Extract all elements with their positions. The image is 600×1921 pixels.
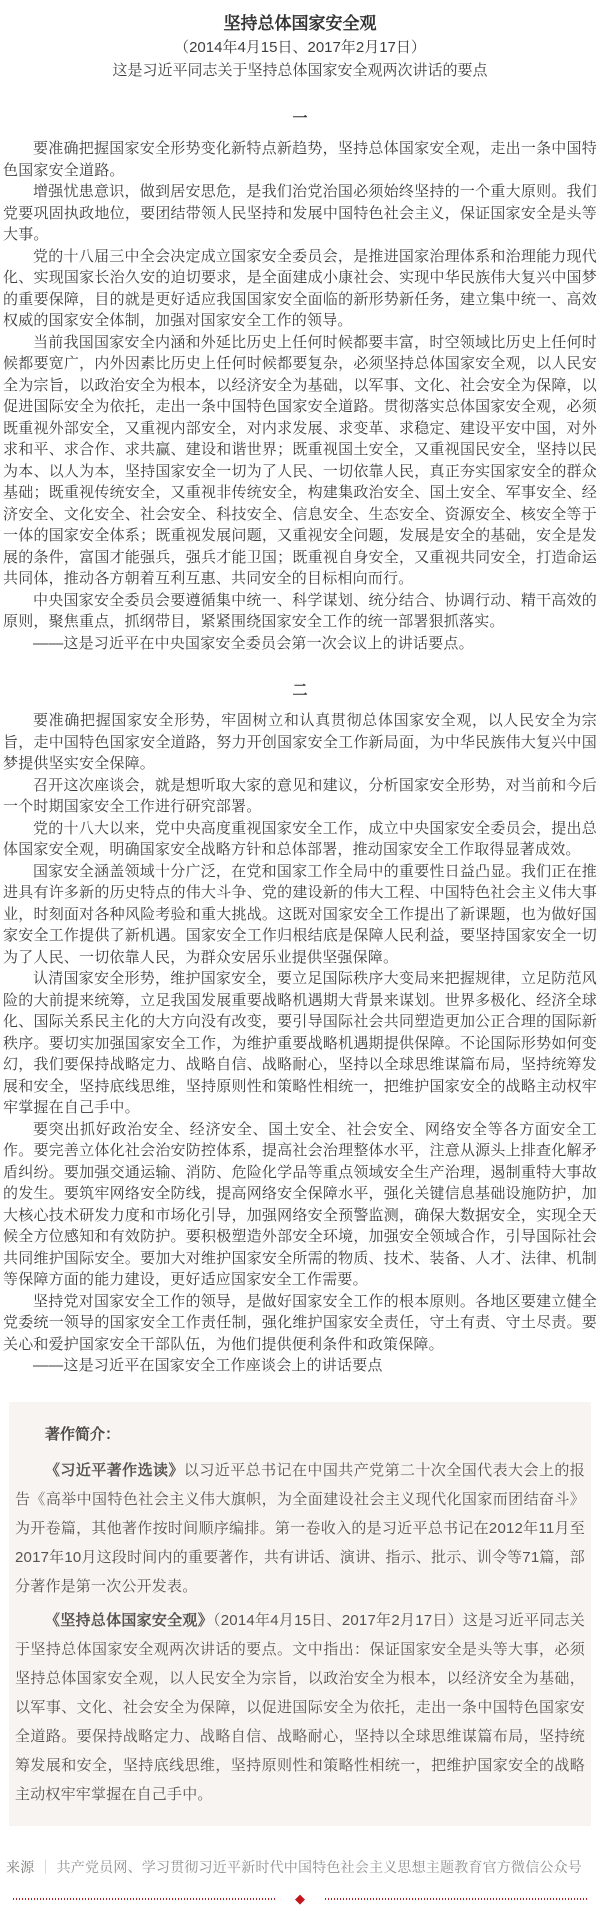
article-subtitle: 这是习近平同志关于坚持总体国家安全观两次讲话的要点 [3, 59, 597, 82]
paragraph: 增强忧患意识，做到居安思危，是我们治党治国必须始终坚持的一个重大原则。我们党要巩… [3, 181, 597, 246]
article: 坚持总体国家安全观 （2014年4月15日、2017年2月17日） 这是习近平同… [0, 0, 600, 1905]
source-line: 来源｜共产党员网、学习贯彻习近平新时代中国特色社会主义思想主题教育官方微信公众号 [6, 1856, 597, 1879]
diamond-icon: ◆ [295, 1893, 305, 1905]
divider-line-right [325, 1898, 587, 1900]
paragraph: 要准确把握国家安全形势，牢固树立和认真贯彻总体国家安全观，以人民安全为宗旨，走中… [3, 710, 597, 775]
paragraph: 坚持党对国家安全工作的领导，是做好国家安全工作的根本原则。各地区要建立健全党委统… [3, 1291, 597, 1356]
paragraph: 要突出抓好政治安全、经济安全、国土安全、社会安全、网络安全等各方面安全工作。要完… [3, 1119, 597, 1291]
intro-paragraph: 《坚持总体国家安全观》（2014年4月15日、2017年2月17日）这是习近平同… [15, 1606, 585, 1809]
article-date: （2014年4月15日、2017年2月17日） [3, 36, 597, 59]
page-title: 坚持总体国家安全观 [3, 12, 597, 36]
intro-box: 著作简介： 《习近平著作选读》以习近平总书记在中国共产党第二十次全国代表大会上的… [9, 1402, 591, 1826]
intro-box-paragraphs: 《习近平著作选读》以习近平总书记在中国共产党第二十次全国代表大会上的报告《高举中… [15, 1456, 585, 1809]
source-label: 来源 [6, 1859, 34, 1875]
bottom-divider: ◆ [13, 1893, 587, 1905]
paragraph: ——这是习近平在国家安全工作座谈会上的讲话要点 [3, 1355, 597, 1377]
paragraph: 国家安全涵盖领域十分广泛，在党和国家工作全局中的重要性日益凸显。我们正在推进具有… [3, 861, 597, 969]
source-text: 共产党员网、学习贯彻习近平新时代中国特色社会主义思想主题教育官方微信公众号 [57, 1859, 582, 1875]
paragraph: 当前我国国家安全内涵和外延比历史上任何时候都要丰富，时空领域比历史上任何时候都要… [3, 332, 597, 590]
divider-line-left [13, 1898, 275, 1900]
source-separator: ｜ [38, 1859, 52, 1875]
section-marker: 一 [3, 108, 597, 130]
section-marker: 二 [3, 680, 597, 702]
paragraph: 党的十八届三中全会决定成立国家安全委员会，是推进国家治理体系和治理能力现代化、实… [3, 246, 597, 332]
paragraph: 召开这次座谈会，就是想听取大家的意见和建议，分析国家安全形势，对当前和今后一个时… [3, 775, 597, 818]
book-title: 《习近平著作选读》 [45, 1462, 184, 1479]
intro-paragraph: 《习近平著作选读》以习近平总书记在中国共产党第二十次全国代表大会上的报告《高举中… [15, 1456, 585, 1601]
paragraph: ——这是习近平在中央国家安全委员会第一次会议上的讲话要点。 [3, 633, 597, 655]
paragraph: 认清国家安全形势，维护国家安全，要立足国际秩序大变局来把握规律，立足防范风险的大… [3, 968, 597, 1119]
paragraph: 中央国家安全委员会要遵循集中统一、科学谋划、统分结合、协调行动、精干高效的原则，… [3, 590, 597, 633]
article-body: 一要准确把握国家安全形势变化新特点新趋势，坚持总体国家安全观，走出一条中国特色国… [0, 108, 600, 1377]
paragraph: 要准确把握国家安全形势变化新特点新趋势，坚持总体国家安全观，走出一条中国特色国家… [3, 138, 597, 181]
intro-box-heading: 著作简介： [15, 1424, 585, 1446]
paragraph: 党的十八大以来，党中央高度重视国家安全工作，成立中央国家安全委员会，提出总体国家… [3, 818, 597, 861]
book-title: 《坚持总体国家安全观》 [45, 1612, 213, 1629]
